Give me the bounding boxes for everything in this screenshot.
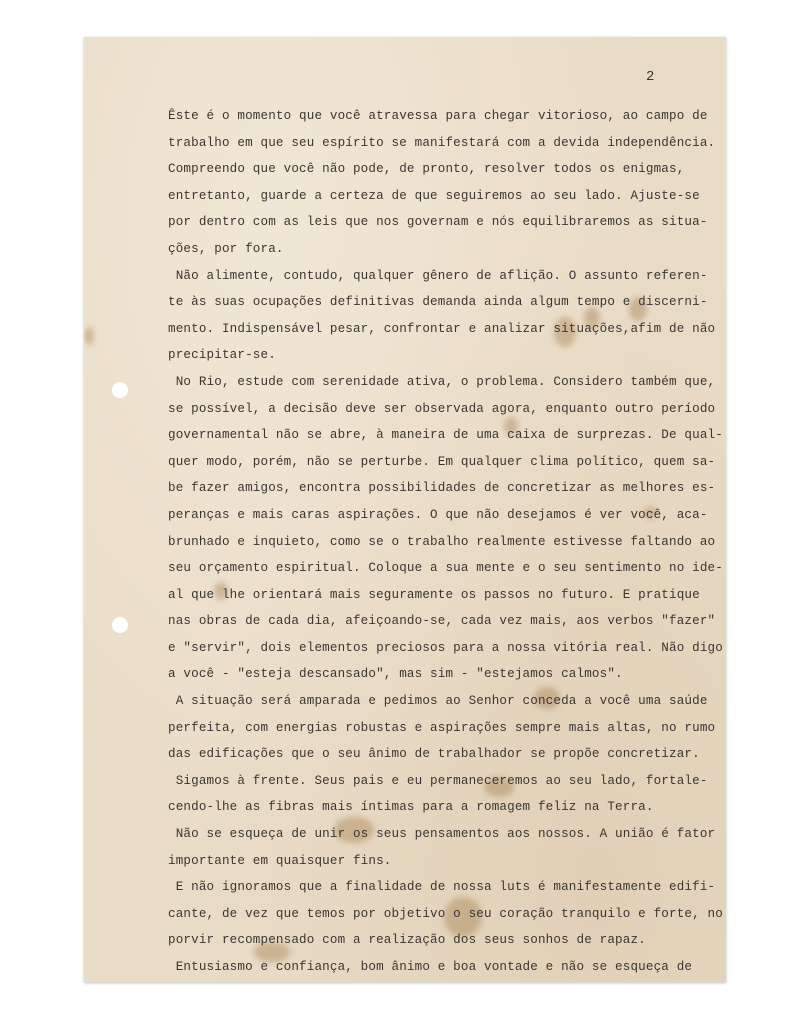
text-line: Não se esqueça de unir os seus pensament… [168,821,688,848]
text-line: ções, por fora. [168,236,688,263]
text-line: se possível, a decisão deve ser observad… [168,396,688,423]
text-line: peranças e mais caras aspirações. O que … [168,502,688,529]
text-line: importante em quaisquer fins. [168,848,688,875]
foxing-stain [84,327,94,345]
text-line: cendo-lhe as fibras mais íntimas para a … [168,794,688,821]
punch-hole [112,382,128,398]
page-number: 2 [646,69,654,85]
text-line: por dentro com as leis que nos governam … [168,209,688,236]
text-line: Entusiasmo e confiança, bom ânimo e boa … [168,954,688,981]
text-line: nas obras de cada dia, afeiçoando-se, ca… [168,608,688,635]
text-line: governamental não se abre, à maneira de … [168,422,688,449]
text-line: cante, de vez que temos por objetivo o s… [168,901,688,928]
text-line: das edificações que o seu ânimo de traba… [168,741,688,768]
text-line: te às suas ocupações definitivas demanda… [168,289,688,316]
text-line: al que lhe orientará mais seguramente os… [168,582,688,609]
text-line: mento. Indispensável pesar, confrontar e… [168,316,688,343]
text-line: a você - "esteja descansado", mas sim - … [168,661,688,688]
text-line: e "servir", dois elementos preciosos par… [168,635,688,662]
text-line: perfeita, com energias robustas e aspira… [168,715,688,742]
text-line: No Rio, estude com serenidade ativa, o p… [168,369,688,396]
text-line: Sigamos à frente. Seus pais e eu permane… [168,768,688,795]
text-line: be fazer amigos, encontra possibilidades… [168,475,688,502]
text-line: Êste é o momento que você atravessa para… [168,103,688,130]
text-line: seu orçamento espiritual. Coloque a sua … [168,555,688,582]
punch-hole [112,617,128,633]
text-line: Compreendo que você não pode, de pronto,… [168,156,688,183]
text-line: porvir recompensado com a realização dos… [168,927,688,954]
text-line: entretanto, guarde a certeza de que segu… [168,183,688,210]
text-line: brunhado e inquieto, como se o trabalho … [168,529,688,556]
text-line: trabalho em que seu espírito se manifest… [168,130,688,157]
text-line: Não alimente, contudo, qualquer gênero d… [168,263,688,290]
text-line: A situação será amparada e pedimos ao Se… [168,688,688,715]
typewritten-page: 2 Êste é o momento que você atravessa pa… [84,37,726,982]
text-line: precipitar-se. [168,342,688,369]
text-line: E não ignoramos que a finalidade de noss… [168,874,688,901]
text-line: quer modo, porém, não se perturbe. Em qu… [168,449,688,476]
letter-body: Êste é o momento que você atravessa para… [168,103,688,981]
